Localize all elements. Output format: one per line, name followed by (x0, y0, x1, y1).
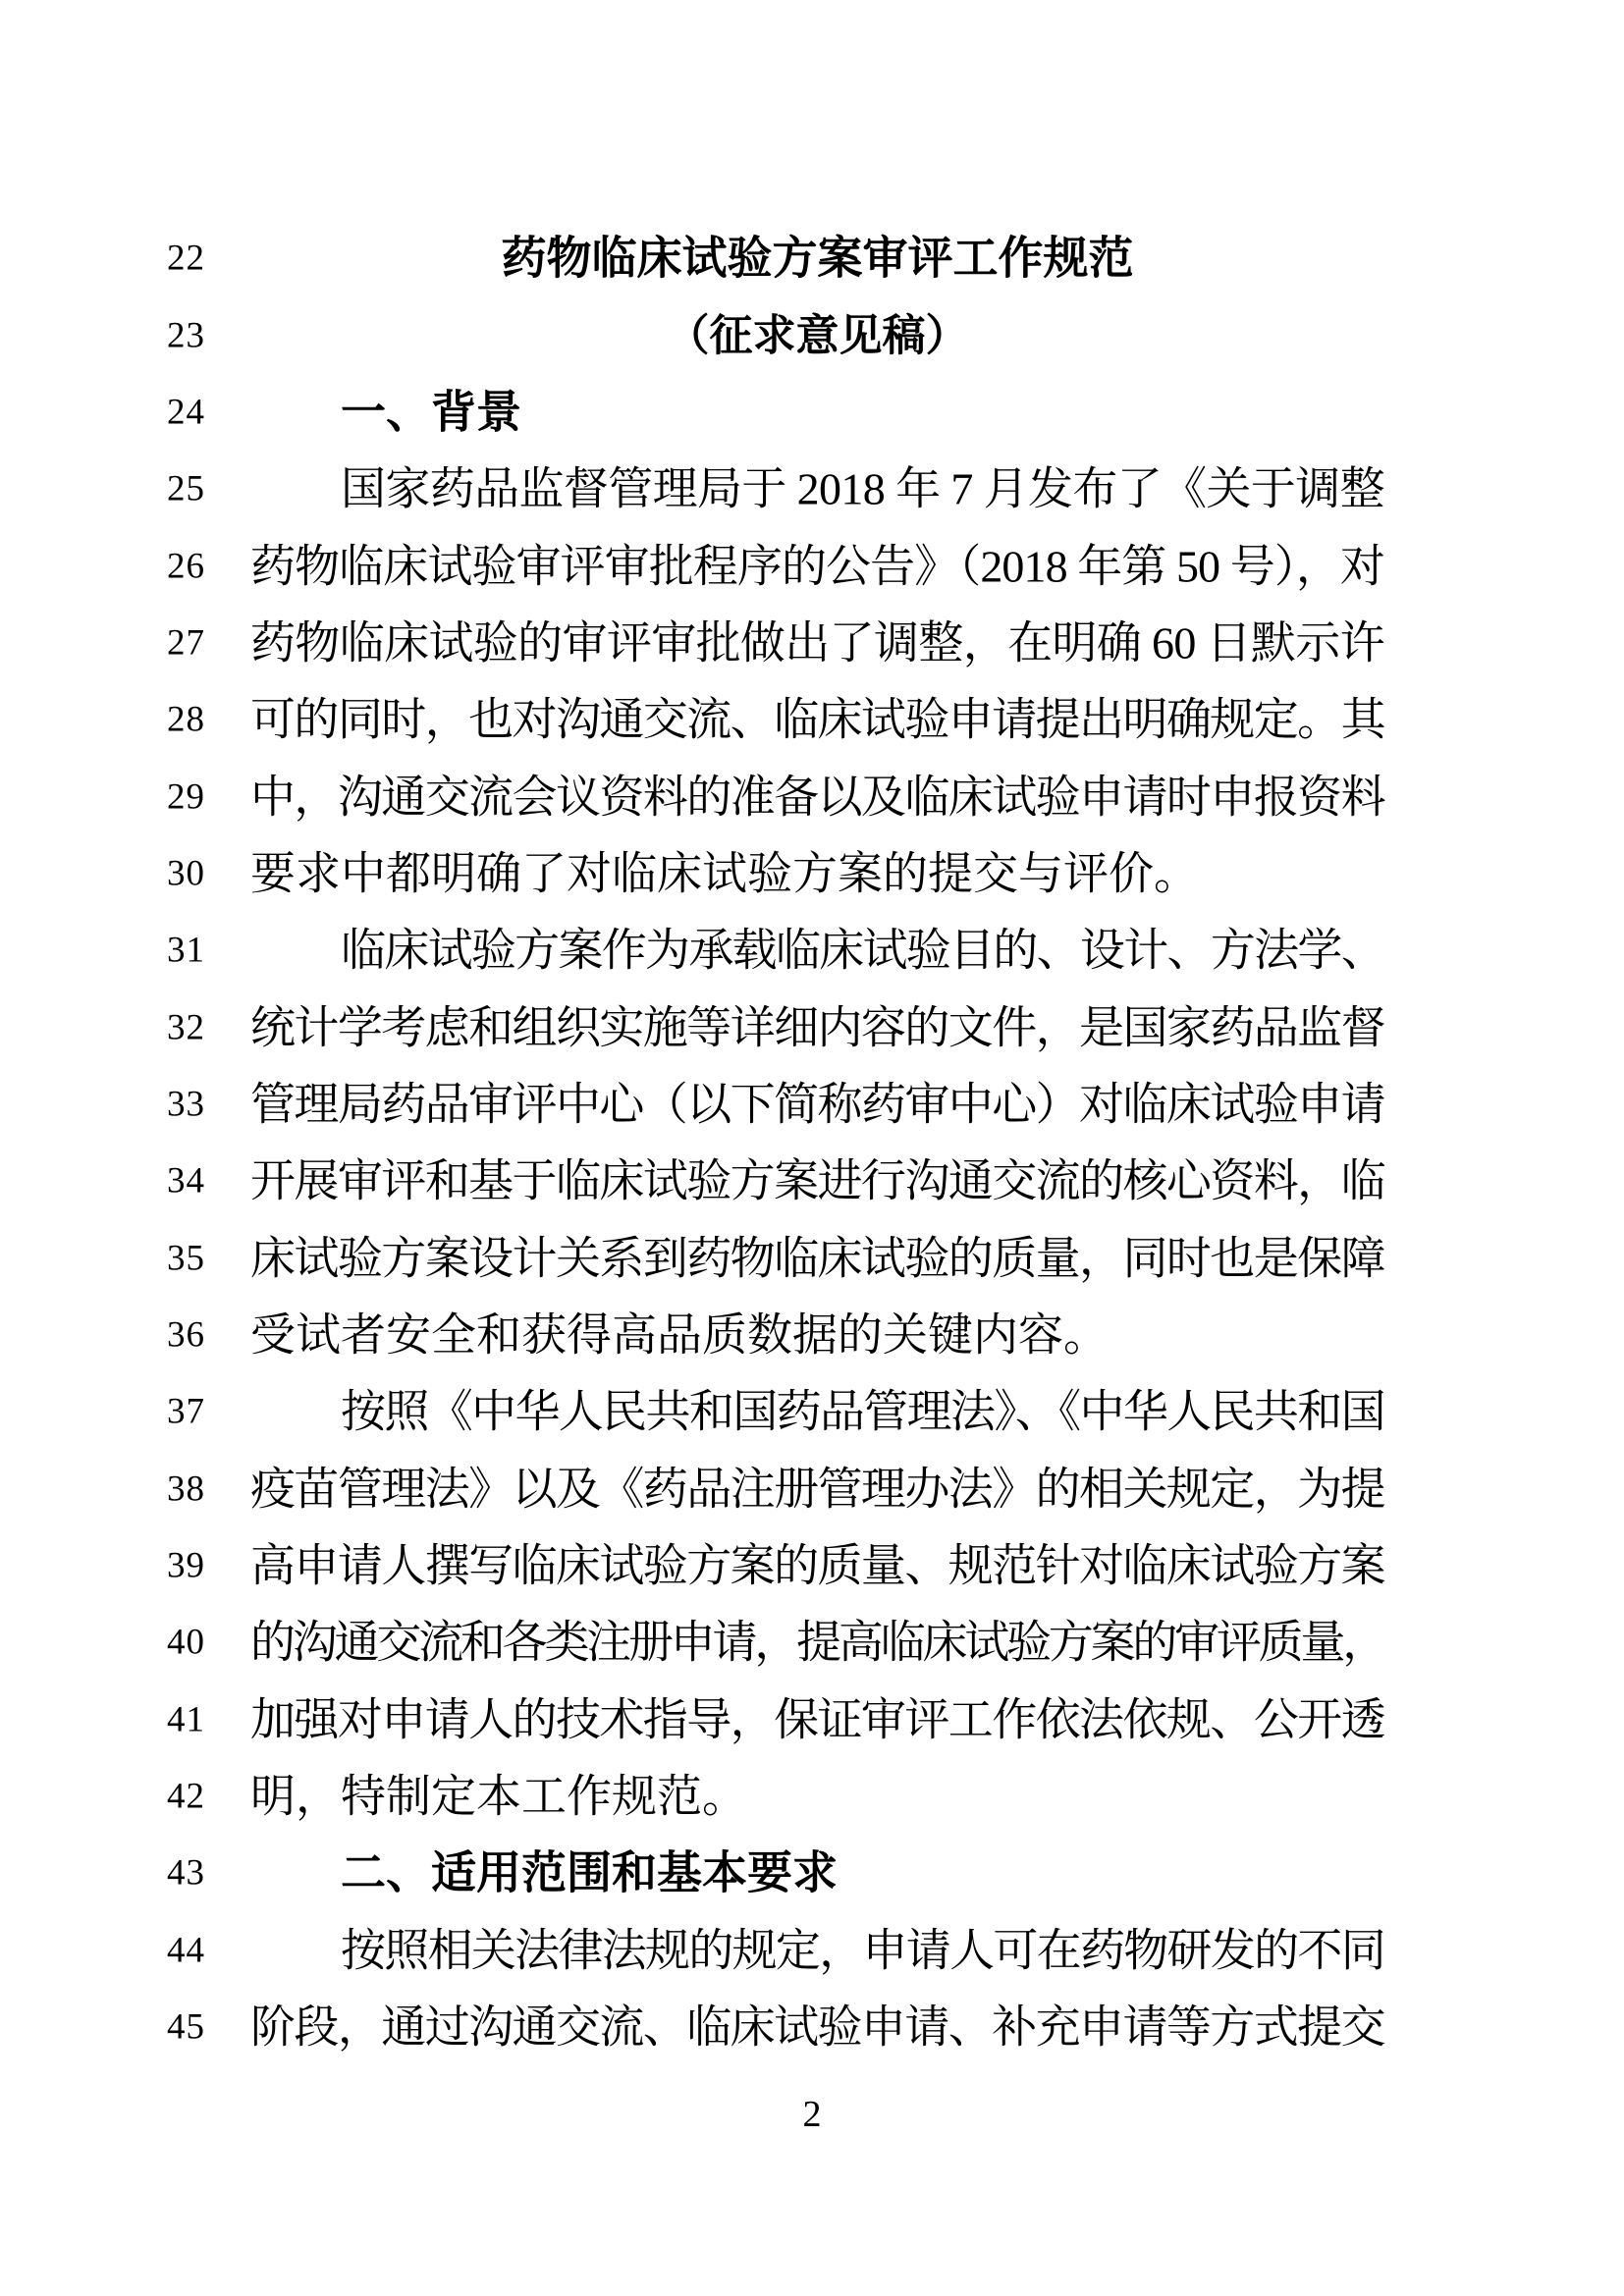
document-line: 32 统计学考虑和组织实施等详细内容的文件，是国家药品监督 (0, 988, 1624, 1065)
line-text: 药物临床试验的审评审批做出了调整，在明确 60 日默示许 (250, 614, 1384, 671)
line-number: 44 (167, 1929, 205, 1971)
document-line: 34 开展审评和基于临床试验方案进行沟通交流的核心资料，临 (0, 1143, 1624, 1219)
line-number: 25 (167, 468, 205, 510)
document-line: 35 床试验方案设计关系到药物临床试验的质量，同时也是保障 (0, 1219, 1624, 1296)
line-number: 26 (167, 545, 205, 587)
line-text: 按照相关法律法规的规定，申请人可在药物研发的不同 (250, 1922, 1384, 1979)
line-text: 受试者安全和获得高品质数据的关键内容。 (250, 1307, 1384, 1363)
line-number: 34 (167, 1160, 205, 1202)
line-text: 高申请人撰写临床试验方案的质量、规范针对临床试验方案 (250, 1537, 1384, 1594)
line-text: 床试验方案设计关系到药物临床试验的质量，同时也是保障 (250, 1230, 1384, 1287)
line-number: 43 (167, 1852, 205, 1895)
line-number: 30 (167, 852, 205, 894)
line-number: 23 (167, 314, 205, 356)
line-number: 40 (167, 1622, 205, 1664)
document-line: 40 的沟通交流和各类注册申请，提高临床试验方案的审评质量， (0, 1604, 1624, 1681)
line-text: 疫苗管理法》以及《药品注册管理办法》的相关规定，为提 (250, 1461, 1384, 1518)
line-text: 按照《中华人民共和国药品管理法》、《中华人民共和国 (250, 1384, 1384, 1441)
document-line: 37 按照《中华人民共和国药品管理法》、《中华人民共和国 (0, 1373, 1624, 1450)
line-number: 45 (167, 2006, 205, 2049)
document-line: 36 受试者安全和获得高品质数据的关键内容。 (0, 1297, 1624, 1373)
line-text: 的沟通交流和各类注册申请，提高临床试验方案的审评质量， (250, 1615, 1384, 1672)
line-number: 27 (167, 621, 205, 664)
document-line: 38 疫苗管理法》以及《药品注册管理办法》的相关规定，为提 (0, 1451, 1624, 1527)
line-number: 28 (167, 699, 205, 741)
document-line: 30 要求中都明确了对临床试验方案的提交与评价。 (0, 835, 1624, 912)
line-text: 国家药品监督管理局于 2018 年 7 月发布了《关于调整 (250, 460, 1384, 517)
line-text: 药物临床试验方案审评工作规范 (250, 230, 1384, 287)
line-text: 临床试验方案作为承载临床试验目的、设计、方法学、 (250, 923, 1384, 980)
document-line: 23 （征求意见稿） (0, 296, 1624, 373)
line-number: 35 (167, 1237, 205, 1279)
document-line: 43 二、适用范围和基本要求 (0, 1835, 1624, 1911)
line-number: 38 (167, 1468, 205, 1510)
line-text: 二、适用范围和基本要求 (250, 1845, 1384, 1902)
line-text: 要求中都明确了对临床试验方案的提交与评价。 (250, 845, 1384, 902)
document-line: 26 药物临床试验审评审批程序的公告》（2018 年第 50 号），对 (0, 527, 1624, 604)
line-number: 41 (167, 1698, 205, 1740)
document-line: 45 阶段，通过沟通交流、临床试验申请、补充申请等方式提交 (0, 1989, 1624, 2065)
document-line: 39 高申请人撰写临床试验方案的质量、规范针对临床试验方案 (0, 1527, 1624, 1604)
line-text: 管理局药品审评中心（以下简称药审中心）对临床试验申请 (250, 1076, 1384, 1133)
document-line: 29 中，沟通交流会议资料的准备以及临床试验申请时申报资料 (0, 758, 1624, 834)
line-number: 36 (167, 1313, 205, 1356)
line-text: 开展审评和基于临床试验方案进行沟通交流的核心资料，临 (250, 1153, 1384, 1210)
document-line: 31 临床试验方案作为承载临床试验目的、设计、方法学、 (0, 912, 1624, 988)
document-line: 28 可的同时，也对沟通交流、临床试验申请提出明确规定。其 (0, 681, 1624, 758)
line-text: 一、背景 (250, 384, 1384, 441)
document-line: 25 国家药品监督管理局于 2018 年 7 月发布了《关于调整 (0, 451, 1624, 527)
line-text: 中，沟通交流会议资料的准备以及临床试验申请时申报资料 (250, 769, 1384, 826)
document-line: 41 加强对申请人的技术指导，保证审评工作依法依规、公开透 (0, 1682, 1624, 1758)
line-text: 统计学考虑和组织实施等详细内容的文件，是国家药品监督 (250, 999, 1384, 1056)
document-line: 24 一、背景 (0, 374, 1624, 451)
line-number: 33 (167, 1083, 205, 1125)
line-number: 24 (167, 391, 205, 433)
document-line: 33 管理局药品审评中心（以下简称药审中心）对临床试验申请 (0, 1066, 1624, 1143)
line-text: 加强对申请人的技术指导，保证审评工作依法依规、公开透 (250, 1691, 1384, 1748)
document-line: 44 按照相关法律法规的规定，申请人可在药物研发的不同 (0, 1912, 1624, 1989)
page-number: 2 (0, 2093, 1624, 2136)
line-number: 29 (167, 775, 205, 818)
line-number: 42 (167, 1776, 205, 1818)
line-number: 31 (167, 930, 205, 972)
document-page: 22 药物临床试验方案审评工作规范 23 （征求意见稿） 24 一、背景 25 … (0, 0, 1624, 2296)
document-line: 22 药物临床试验方案审评工作规范 (0, 220, 1624, 296)
line-text: 药物临床试验审评审批程序的公告》（2018 年第 50 号），对 (250, 538, 1384, 595)
line-text: （征求意见稿） (250, 308, 1384, 362)
line-number: 39 (167, 1545, 205, 1587)
document-body: 22 药物临床试验方案审评工作规范 23 （征求意见稿） 24 一、背景 25 … (0, 220, 1624, 2065)
document-line: 42 明，特制定本工作规范。 (0, 1758, 1624, 1835)
line-number: 32 (167, 1006, 205, 1048)
line-text: 可的同时，也对沟通交流、临床试验申请提出明确规定。其 (250, 691, 1384, 748)
line-number: 37 (167, 1391, 205, 1433)
line-text: 明，特制定本工作规范。 (250, 1768, 1384, 1825)
document-line: 27 药物临床试验的审评审批做出了调整，在明确 60 日默示许 (0, 605, 1624, 681)
line-number: 22 (167, 238, 205, 280)
line-text: 阶段，通过沟通交流、临床试验申请、补充申请等方式提交 (250, 1999, 1384, 2056)
